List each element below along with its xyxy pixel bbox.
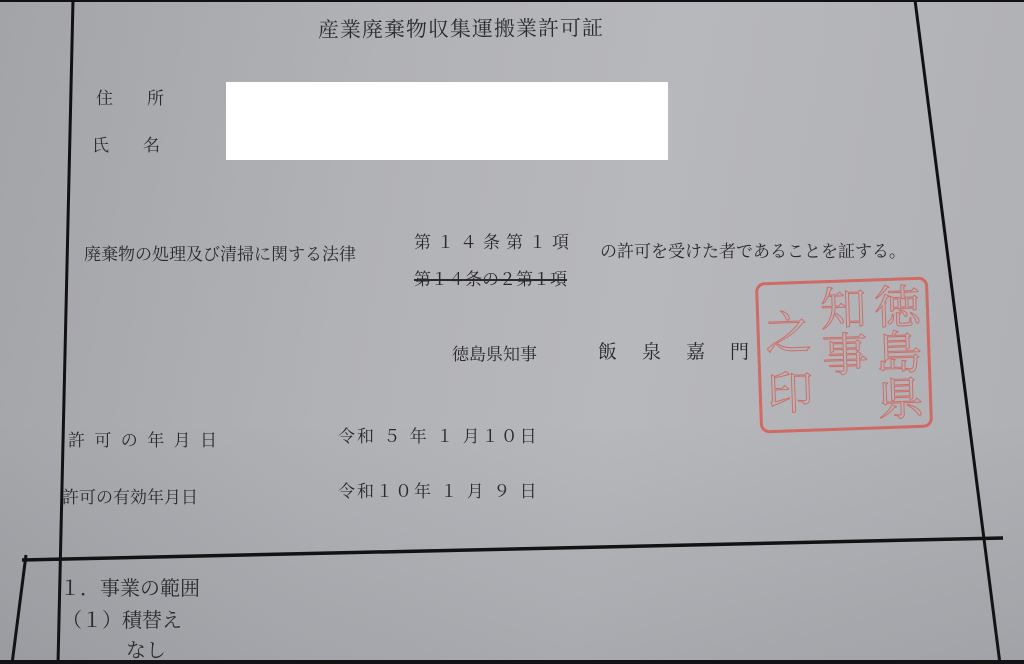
issuer-name: 飯 泉 嘉 門 [598, 343, 752, 362]
seal-char: 印 [767, 369, 815, 417]
certify-statement: の許可を受けた者であることを証する。 [600, 244, 906, 261]
valid-until-value: 令和１０年 １ 月 ９ 日 [338, 484, 539, 501]
scope-item-1-value: なし [126, 640, 166, 660]
redacted-address-name [226, 82, 668, 160]
issuer-title: 徳島県知事 [452, 347, 537, 364]
address-label: 住 所 [96, 91, 164, 108]
valid-until-label: 許可の有効年月日 [62, 490, 198, 507]
seal-char: 徳 [874, 283, 922, 331]
permit-date-value: 令和 ５ 年 １ 月１０日 [338, 429, 539, 446]
seal-char: 之 [764, 309, 812, 357]
seal-char: 事 [821, 331, 869, 379]
article-active: 第１４条第１項 [414, 235, 575, 252]
document-title: 産業廃棄物収集運搬業許可証 [318, 18, 604, 41]
scope-heading: １．事業の範囲 [60, 578, 200, 598]
scope-item-1: （１）積替え [62, 610, 182, 630]
seal-char: 県 [877, 375, 925, 423]
seal-char: 島 [875, 329, 923, 377]
permit-date-label: 許 可 の 年 月 日 [68, 433, 219, 450]
name-label: 氏 名 [92, 138, 160, 155]
law-name: 廃棄物の処理及び清掃に関する法律 [84, 247, 356, 264]
seal-char: 知 [820, 285, 868, 333]
official-seal: 徳 島 県 知 事 之 印 [753, 275, 934, 435]
article-struck: 第１４条の２第１項 [414, 272, 567, 289]
